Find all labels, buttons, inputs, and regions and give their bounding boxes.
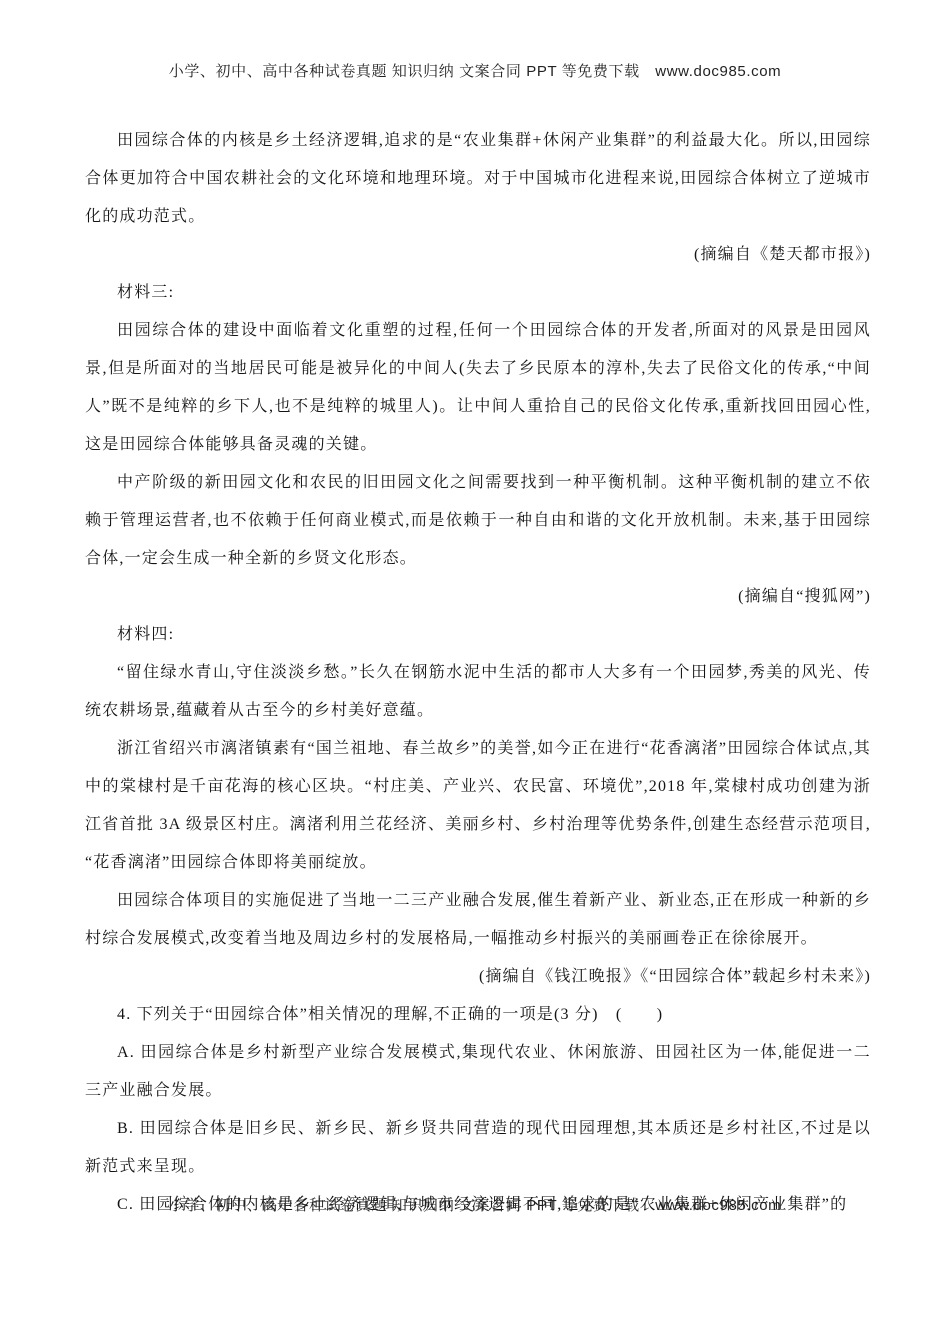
material-2-source: (摘编自《楚天都市报》) bbox=[85, 236, 871, 274]
material-4-source: (摘编自《钱江晚报》《“田园综合体”载起乡村未来》) bbox=[85, 958, 871, 996]
material-4-paragraph-3: 田园综合体项目的实施促进了当地一二三产业融合发展,催生着新产业、新业态,正在形成… bbox=[85, 882, 871, 958]
material-3-paragraph-2: 中产阶级的新田园文化和农民的旧田园文化之间需要找到一种平衡机制。这种平衡机制的建… bbox=[85, 464, 871, 578]
material-4-paragraph-1: “留住绿水青山,守住淡淡乡愁。”长久在钢筋水泥中生活的都市人大多有一个田园梦,秀… bbox=[85, 654, 871, 730]
header-watermark: 小学、初中、高中各种试卷真题 知识归纳 文案合同 PPT 等免费下载 www.d… bbox=[0, 60, 950, 81]
question-4-option-a: A. 田园综合体是乡村新型产业综合发展模式,集现代农业、休闲旅游、田园社区为一体… bbox=[85, 1034, 871, 1110]
material-3-paragraph-1: 田园综合体的建设中面临着文化重塑的过程,任何一个田园综合体的开发者,所面对的风景… bbox=[85, 312, 871, 464]
material-4-label: 材料四: bbox=[85, 616, 871, 654]
material-4-paragraph-2: 浙江省绍兴市漓渚镇素有“国兰祖地、春兰故乡”的美誉,如今正在进行“花香漓渚”田园… bbox=[85, 730, 871, 882]
document-page: 小学、初中、高中各种试卷真题 知识归纳 文案合同 PPT 等免费下载 www.d… bbox=[0, 0, 950, 1344]
material-2-paragraph: 田园综合体的内核是乡土经济逻辑,追求的是“农业集群+休闲产业集群”的利益最大化。… bbox=[85, 122, 871, 236]
question-4-option-b: B. 田园综合体是旧乡民、新乡民、新乡贤共同营造的现代田园理想,其本质还是乡村社… bbox=[85, 1110, 871, 1186]
material-3-label: 材料三: bbox=[85, 274, 871, 312]
material-3-source: (摘编自“搜狐网”) bbox=[85, 578, 871, 616]
footer-watermark: 小学、初中、高中各种试卷真题 知识归纳 文案合同 PPT 等免费下载 www.d… bbox=[0, 1194, 950, 1215]
document-body: 田园综合体的内核是乡土经济逻辑,追求的是“农业集群+休闲产业集群”的利益最大化。… bbox=[85, 122, 871, 1224]
question-4-stem: 4. 下列关于“田园综合体”相关情况的理解,不正确的一项是(3 分) ( ) bbox=[85, 996, 871, 1034]
